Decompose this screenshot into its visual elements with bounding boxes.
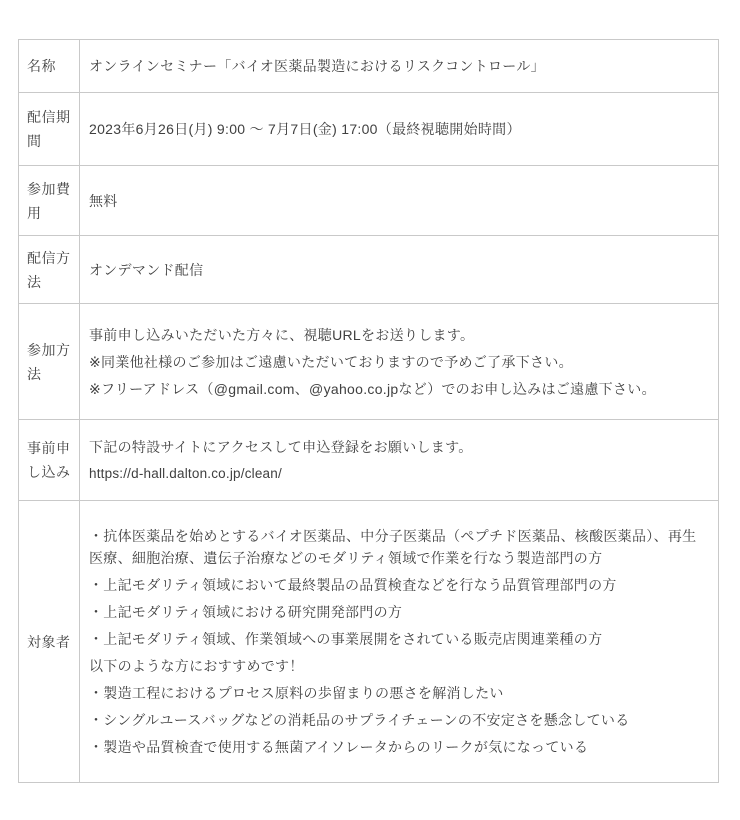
row-label-how-to-join: 参加方法 — [19, 304, 80, 420]
row-label-delivery-period: 配信期間 — [19, 93, 80, 166]
table-row-how-to-join: 参加方法 事前申し込みいただいた方々に、視聴URLをお送りします。 ※同業他社様… — [19, 304, 719, 420]
target-audience-item-3: ・上記モダリティ領域における研究開発部門の方 — [89, 601, 709, 623]
row-value-delivery-method: オンデマンド配信 — [80, 236, 719, 304]
table-row-pre-registration: 事前申し込み 下記の特設サイトにアクセスして申込登録をお願いします。 https… — [19, 420, 719, 501]
row-label-name: 名称 — [19, 40, 80, 93]
how-to-join-note-1: ※同業他社様のご参加はご遠慮いただいておりますので予めご了承下さい。 — [89, 351, 709, 373]
recommendation-item-3: ・製造や品質検査で使用する無菌アイソレータからのリークが気になっている — [89, 736, 709, 758]
row-label-pre-registration: 事前申し込み — [19, 420, 80, 501]
registration-site-url: https://d-hall.dalton.co.jp/clean/ — [89, 463, 709, 485]
how-to-join-note-2: ※フリーアドレス（@gmail.com、@yahoo.co.jpなど）でのお申し… — [89, 378, 709, 400]
row-value-name: オンラインセミナー「バイオ医薬品製造におけるリスクコントロール」 — [80, 40, 719, 93]
fee-text: 無料 — [89, 190, 709, 212]
table-row-target-audience: 対象者 ・抗体医薬品を始めとするバイオ医薬品、中分子医薬品（ペプチド医薬品、核酸… — [19, 501, 719, 783]
delivery-method-text: オンデマンド配信 — [89, 259, 709, 281]
delivery-period-text: 2023年6月26日(月) 9:00 〜 7月7日(金) 17:00（最終視聴開… — [89, 118, 709, 140]
recommendation-item-2: ・シングルユースバッグなどの消耗品のサプライチェーンの不安定さを懸念している — [89, 709, 709, 731]
row-value-how-to-join: 事前申し込みいただいた方々に、視聴URLをお送りします。 ※同業他社様のご参加は… — [80, 304, 719, 420]
row-value-pre-registration: 下記の特設サイトにアクセスして申込登録をお願いします。 https://d-ha… — [80, 420, 719, 501]
seminar-title-text: オンラインセミナー「バイオ医薬品製造におけるリスクコントロール」 — [89, 55, 709, 77]
row-value-fee: 無料 — [80, 166, 719, 236]
row-label-target-audience: 対象者 — [19, 501, 80, 783]
row-label-fee: 参加費用 — [19, 166, 80, 236]
recommendation-item-1: ・製造工程におけるプロセス原料の歩留まりの悪さを解消したい — [89, 682, 709, 704]
row-value-delivery-period: 2023年6月26日(月) 9:00 〜 7月7日(金) 17:00（最終視聴開… — [80, 93, 719, 166]
recommendation-heading: 以下のような方におすすめです！ — [89, 655, 709, 677]
row-label-delivery-method: 配信方法 — [19, 236, 80, 304]
how-to-join-line: 事前申し込みいただいた方々に、視聴URLをお送りします。 — [89, 324, 709, 346]
target-audience-item-4: ・上記モダリティ領域、作業領域への事業展開をされている販売店関連業種の方 — [89, 628, 709, 650]
seminar-info-table: 名称 オンラインセミナー「バイオ医薬品製造におけるリスクコントロール」 配信期間… — [18, 39, 719, 783]
table-row-delivery-method: 配信方法 オンデマンド配信 — [19, 236, 719, 304]
seminar-info-section: 名称 オンラインセミナー「バイオ医薬品製造におけるリスクコントロール」 配信期間… — [18, 39, 719, 783]
target-audience-item-1: ・抗体医薬品を始めとするバイオ医薬品、中分子医薬品（ペプチド医薬品、核酸医薬品）… — [89, 525, 709, 569]
table-row-delivery-period: 配信期間 2023年6月26日(月) 9:00 〜 7月7日(金) 17:00（… — [19, 93, 719, 166]
table-row-name: 名称 オンラインセミナー「バイオ医薬品製造におけるリスクコントロール」 — [19, 40, 719, 93]
table-row-fee: 参加費用 無料 — [19, 166, 719, 236]
row-value-target-audience: ・抗体医薬品を始めとするバイオ医薬品、中分子医薬品（ペプチド医薬品、核酸医薬品）… — [80, 501, 719, 783]
target-audience-item-2: ・上記モダリティ領域において最終製品の品質検査などを行なう品質管理部門の方 — [89, 574, 709, 596]
pre-registration-instruction: 下記の特設サイトにアクセスして申込登録をお願いします。 — [89, 436, 709, 458]
